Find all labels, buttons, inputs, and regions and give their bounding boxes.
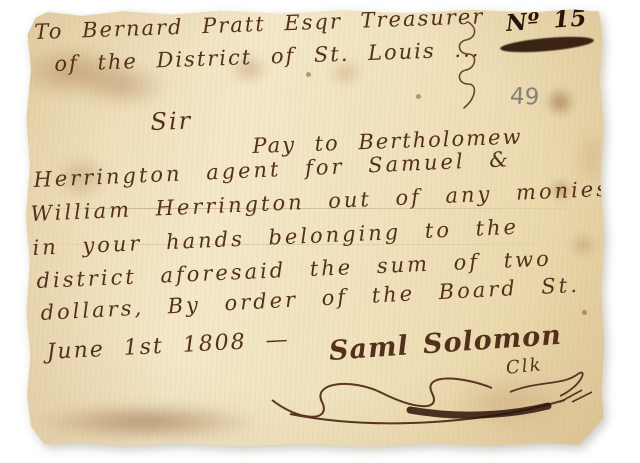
header-brace-flourish [448, 20, 488, 112]
stain-bottom-band [39, 404, 254, 440]
document-number: Nº 15 — [505, 2, 625, 37]
salutation: Sir [150, 107, 193, 136]
scan-background: { "document": { "doc_number": "Nº 15 —",… [0, 0, 640, 463]
address-line-2: of the District of St. Louis ... [54, 37, 481, 76]
ink-speck-1 [416, 94, 421, 99]
ink-smear [500, 34, 595, 55]
address-line-1: To Bernard Pratt Esqr Treasurer [34, 4, 485, 44]
paper-shadow-wrap: To Bernard Pratt Esqr Treasurer of the D… [0, 0, 640, 463]
stain-near-pencil-number [544, 86, 576, 118]
date-line: June 1st 1808 — [46, 327, 290, 365]
stain-right-low [569, 233, 597, 257]
document-paper: To Bernard Pratt Esqr Treasurer of the D… [24, 8, 606, 448]
ink-speck-3 [306, 72, 311, 77]
pencil-number: 49 [509, 83, 540, 110]
ink-speck-2 [582, 310, 587, 315]
signature-flourish [260, 350, 600, 428]
